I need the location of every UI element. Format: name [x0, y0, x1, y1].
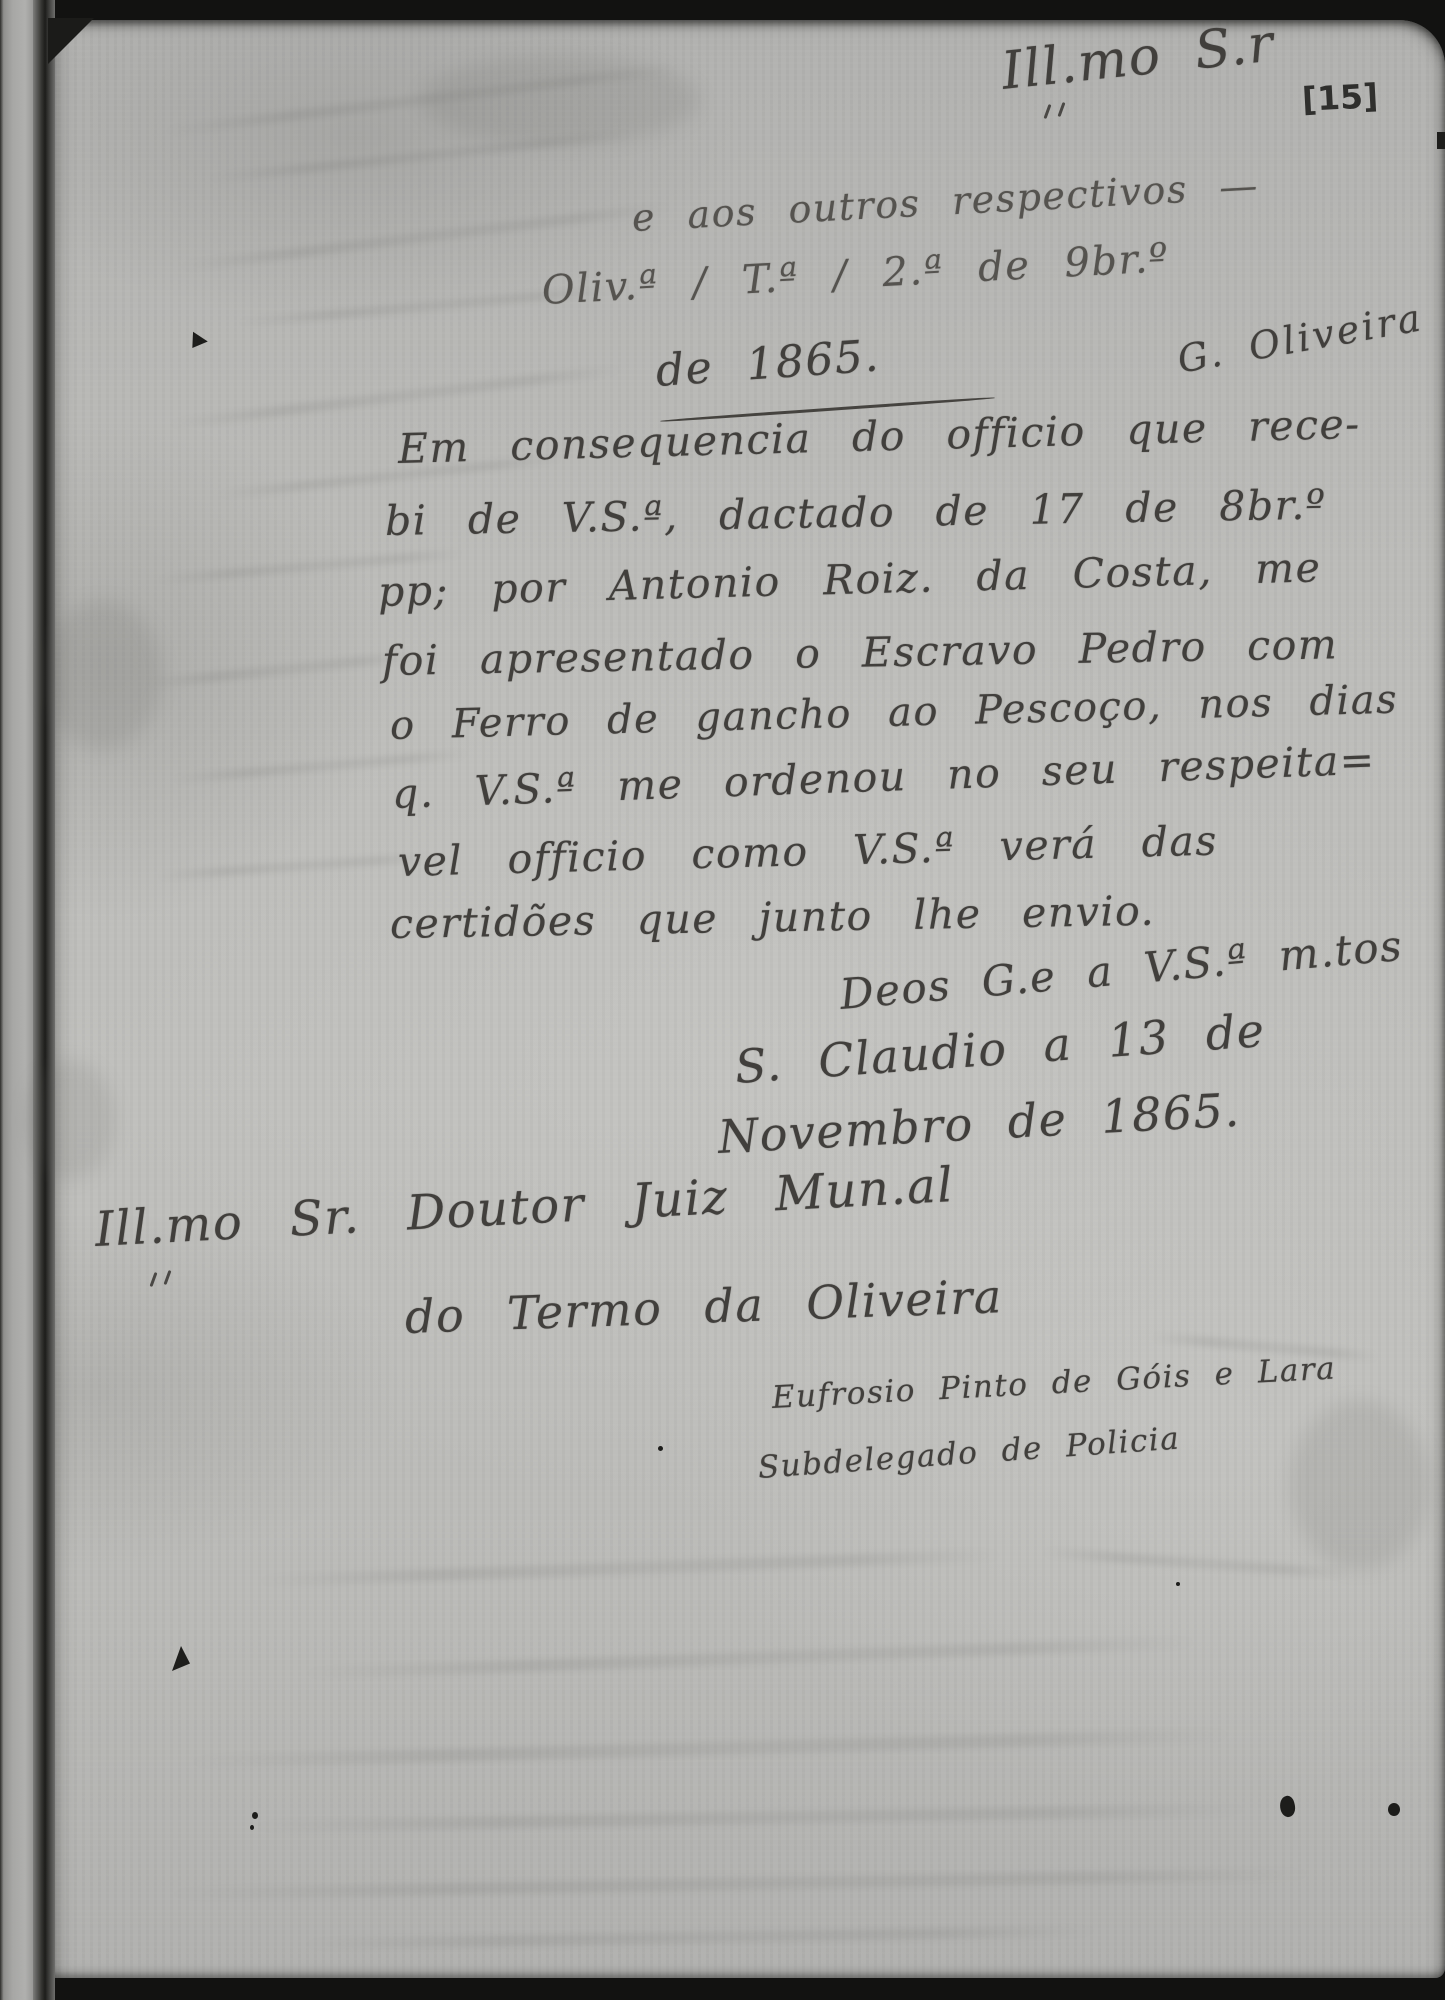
adjacent-page-edge	[0, 0, 36, 2000]
ink-blot	[1388, 1803, 1400, 1816]
ink-speck	[658, 1446, 663, 1451]
paper-stain	[420, 55, 700, 145]
ink-speck	[252, 1812, 258, 1819]
paper-stain	[1290, 1400, 1430, 1570]
edge-mark	[1437, 132, 1445, 149]
paper-sheet	[50, 20, 1445, 1978]
paper-stain	[25, 1060, 115, 1180]
archival-page-number: [15]	[1301, 76, 1379, 119]
paper-stain	[42, 600, 162, 750]
ink-speck	[1176, 1582, 1180, 1586]
binding-crease	[33, 0, 55, 2000]
scanned-manuscript-page: Ill.mo S.r [15] e aos outros respectivos…	[0, 0, 1445, 2000]
